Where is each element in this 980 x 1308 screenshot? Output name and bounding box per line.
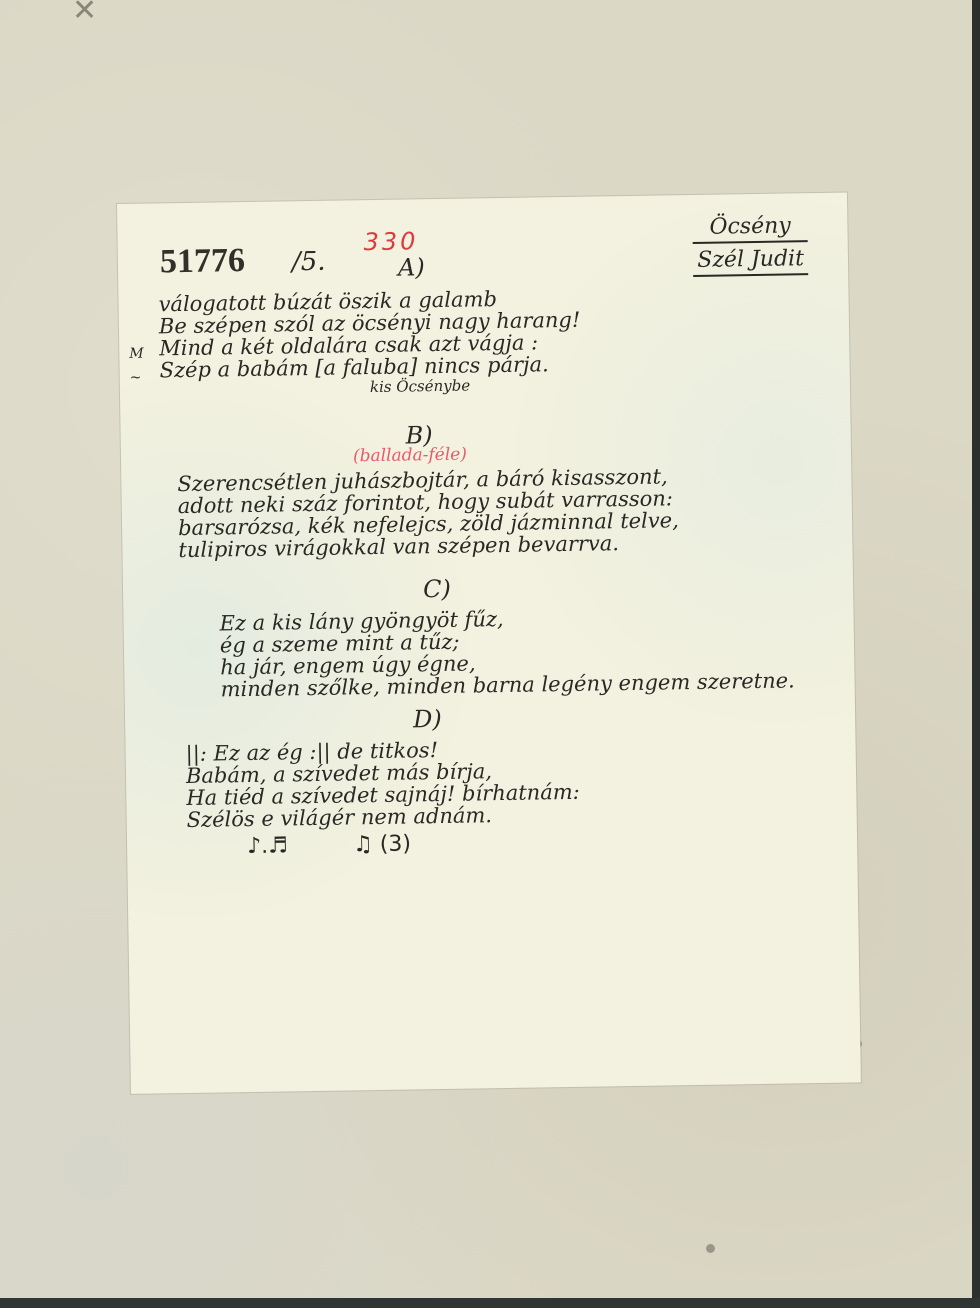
informant-name: Szél Judit bbox=[693, 246, 808, 277]
catalog-suffix: /5. bbox=[292, 247, 326, 278]
place-informant-block: Öcsény Szél Judit bbox=[693, 213, 809, 281]
archival-mount-board: ✕ 51776 /5. 330 Öcsény Szél Judit A) M ~… bbox=[0, 0, 972, 1298]
red-pencil-number: 330 bbox=[363, 227, 418, 256]
verse-b: Szerencsétlen juhászbojtár, a báró kisas… bbox=[177, 465, 679, 561]
verse-d: ||: Ez az ég :|| de titkos! Babám, a szí… bbox=[185, 737, 580, 831]
ballad-note: (ballada-féle) bbox=[353, 445, 467, 467]
music-notation-dotted: ♪.♬ bbox=[247, 833, 288, 859]
section-label-d: D) bbox=[413, 705, 442, 733]
frame-edge-bottom bbox=[0, 1298, 980, 1308]
catalog-number-stamp: 51776 bbox=[160, 242, 246, 281]
place-name: Öcsény bbox=[693, 213, 808, 244]
alternate-text: kis Öcsénybe bbox=[370, 376, 471, 396]
section-label-a: A) bbox=[398, 253, 425, 281]
verse-a: válogatott búzát öszik a galamb Be szépe… bbox=[158, 287, 581, 382]
section-label-c: C) bbox=[423, 575, 451, 603]
verse-line: Szélös e világér nem adnám. bbox=[187, 803, 581, 831]
pencil-x-mark: ✕ bbox=[72, 0, 108, 28]
frame-edge-right bbox=[972, 0, 980, 1308]
margin-mark-tilde: ~ bbox=[130, 370, 142, 386]
ink-spot bbox=[706, 1244, 715, 1253]
music-notation-triplet: ♫ (3) bbox=[353, 831, 411, 857]
margin-mark-m: M bbox=[129, 346, 144, 362]
manuscript-sheet: 51776 /5. 330 Öcsény Szél Judit A) M ~ v… bbox=[117, 193, 861, 1094]
verse-c: Ez a kis lány gyöngyöt fűz, ég a szeme m… bbox=[219, 603, 794, 700]
